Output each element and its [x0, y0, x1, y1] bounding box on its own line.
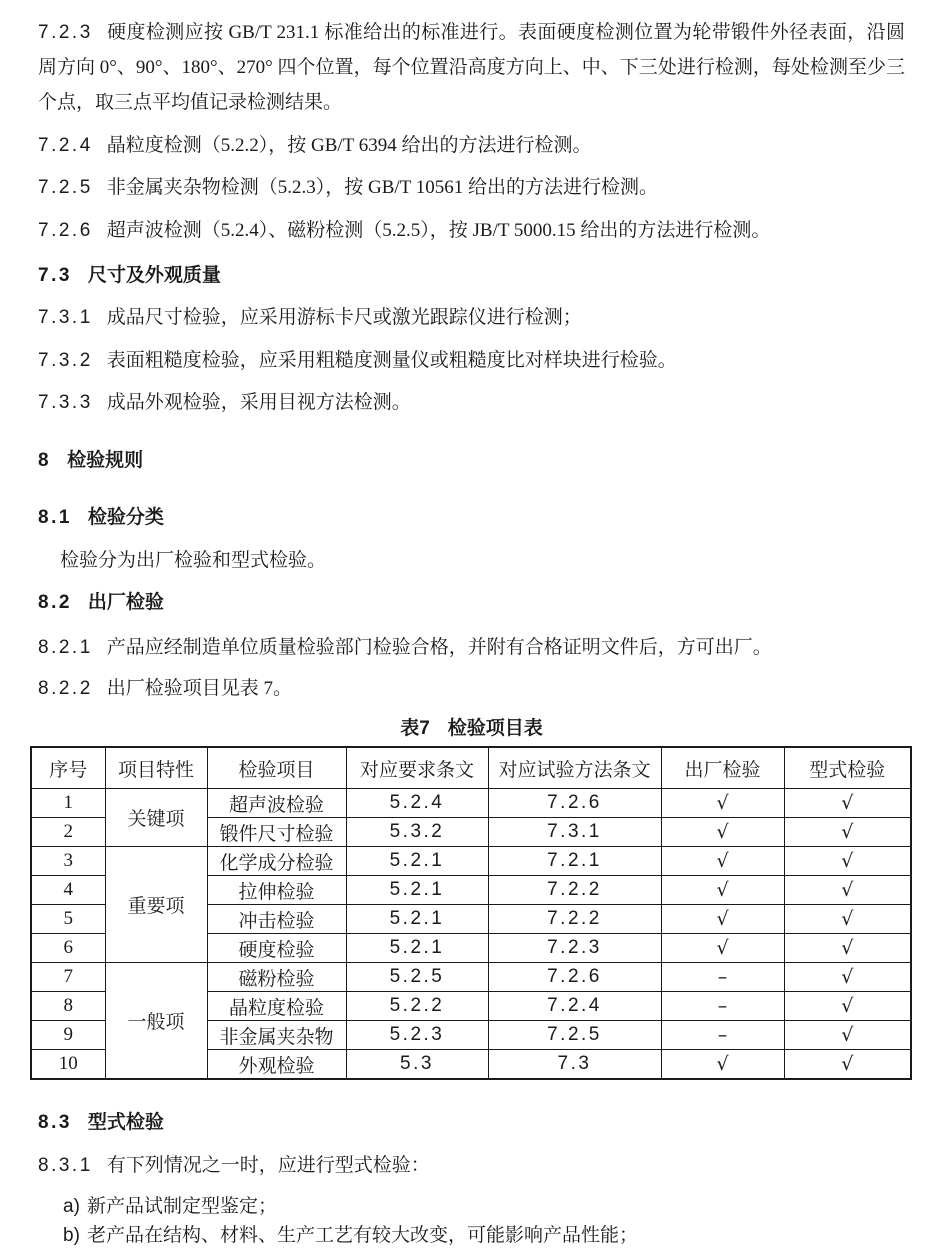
- clause-8-2-1: 8.2.1产品应经制造单位质量检验部门检验合格，并附有合格证明文件后，方可出厂。: [38, 630, 905, 665]
- clause-7-2-3: 7.2.3硬度检测应按 GB/T 231.1 标准给出的标准进行。表面硬度检测位…: [38, 15, 905, 120]
- cell-group-general-items: 一般项: [105, 963, 207, 1080]
- col-header-requirement-clause: 对应要求条文: [346, 747, 488, 789]
- table-row: 7 一般项 磁粉检验 5.2.5 7.2.6 – √: [31, 963, 911, 992]
- cell-method: 7.2.2: [488, 905, 661, 934]
- col-header-item: 检验项目: [207, 747, 346, 789]
- list-item-b: b)老产品在结构、材料、生产工艺有较大改变，可能影响产品性能；: [38, 1221, 905, 1250]
- cell-seq: 5: [31, 905, 105, 934]
- cell-seq: 6: [31, 934, 105, 963]
- cell-method: 7.2.5: [488, 1021, 661, 1050]
- cell-type-mark: √: [784, 876, 911, 905]
- cell-type-mark: √: [784, 1050, 911, 1080]
- cell-item: 超声波检验: [207, 789, 346, 818]
- clause-8-3-1-text: 有下列情况之一时，应进行型式检验：: [107, 1155, 430, 1176]
- heading-8-3-title: 型式检验: [88, 1112, 164, 1133]
- clause-7-3-1-text: 成品尺寸检验，应采用游标卡尺或激光跟踪仪进行检测；: [107, 307, 582, 328]
- cell-type-mark: √: [784, 1021, 911, 1050]
- cell-seq: 9: [31, 1021, 105, 1050]
- clause-8-2-1-number: 8.2.1: [38, 637, 93, 658]
- cell-item: 外观检验: [207, 1050, 346, 1080]
- cell-requirement: 5.3.2: [346, 818, 488, 847]
- cell-seq: 1: [31, 789, 105, 818]
- list-item-b-text: 老产品在结构、材料、生产工艺有较大改变，可能影响产品性能；: [87, 1225, 638, 1246]
- cell-type-mark: √: [784, 905, 911, 934]
- cell-requirement: 5.2.2: [346, 992, 488, 1021]
- cell-method: 7.2.2: [488, 876, 661, 905]
- clause-7-2-6-text: 超声波检测（5.2.4）、磁粉检测（5.2.5），按 JB/T 5000.15 …: [107, 220, 771, 241]
- clause-7-2-6: 7.2.6超声波检测（5.2.4）、磁粉检测（5.2.5），按 JB/T 500…: [38, 213, 905, 248]
- cell-factory-mark: √: [661, 934, 784, 963]
- cell-factory-mark: √: [661, 905, 784, 934]
- cell-factory-mark: √: [661, 789, 784, 818]
- clause-8-3-1-number: 8.3.1: [38, 1155, 93, 1176]
- heading-8: 8检验规则: [38, 443, 905, 478]
- table-caption-title: 检验项目表: [448, 718, 543, 739]
- heading-8-title: 检验规则: [67, 450, 143, 471]
- inspection-table-container: 序号 项目特性 检验项目 对应要求条文 对应试验方法条文 出厂检验 型式检验 1…: [30, 746, 905, 1080]
- clause-7-3-2-text: 表面粗糙度检验，应采用粗糙度测量仪或粗糙度比对样块进行检验。: [107, 350, 677, 371]
- cell-requirement: 5.2.4: [346, 789, 488, 818]
- inspection-items-table: 序号 项目特性 检验项目 对应要求条文 对应试验方法条文 出厂检验 型式检验 1…: [30, 746, 912, 1080]
- cell-item: 冲击检验: [207, 905, 346, 934]
- cell-method: 7.3.1: [488, 818, 661, 847]
- heading-8-number: 8: [38, 450, 51, 471]
- cell-item: 晶粒度检验: [207, 992, 346, 1021]
- clause-7-2-4-text: 晶粒度检测（5.2.2），按 GB/T 6394 给出的方法进行检测。: [107, 135, 592, 156]
- clause-7-3-1-number: 7.3.1: [38, 307, 93, 328]
- clause-8-2-2: 8.2.2出厂检验项目见表 7。: [38, 671, 905, 706]
- clause-7-3-3: 7.3.3成品外观检验，采用目视方法检测。: [38, 385, 905, 420]
- cell-method: 7.2.3: [488, 934, 661, 963]
- cell-seq: 10: [31, 1050, 105, 1080]
- paragraph-8-1-body: 检验分为出厂检验和型式检验。: [38, 543, 905, 578]
- cell-type-mark: √: [784, 963, 911, 992]
- cell-method: 7.2.6: [488, 789, 661, 818]
- heading-8-1-title: 检验分类: [88, 507, 164, 528]
- heading-8-2-number: 8.2: [38, 592, 72, 613]
- table-caption-label: 表7: [400, 718, 430, 739]
- cell-seq: 4: [31, 876, 105, 905]
- cell-type-mark: √: [784, 818, 911, 847]
- col-header-factory-inspection: 出厂检验: [661, 747, 784, 789]
- cell-type-mark: √: [784, 789, 911, 818]
- clause-8-2-2-text: 出厂检验项目见表 7。: [107, 678, 292, 699]
- list-item-b-label: b): [63, 1221, 87, 1250]
- cell-type-mark: √: [784, 847, 911, 876]
- clause-7-2-4-number: 7.2.4: [38, 135, 93, 156]
- cell-factory-mark: √: [661, 818, 784, 847]
- heading-7-3-title: 尺寸及外观质量: [88, 265, 221, 286]
- cell-factory-mark: –: [661, 992, 784, 1021]
- cell-item: 非金属夹杂物: [207, 1021, 346, 1050]
- col-header-category: 项目特性: [105, 747, 207, 789]
- clause-7-2-5-text: 非金属夹杂物检测（5.2.3），按 GB/T 10561 给出的方法进行检测。: [107, 177, 658, 198]
- clause-7-3-1: 7.3.1成品尺寸检验，应采用游标卡尺或激光跟踪仪进行检测；: [38, 300, 905, 335]
- paragraph-8-1-text: 检验分为出厂检验和型式检验。: [60, 550, 326, 571]
- heading-8-2: 8.2出厂检验: [38, 585, 905, 620]
- clause-7-2-4: 7.2.4晶粒度检测（5.2.2），按 GB/T 6394 给出的方法进行检测。: [38, 128, 905, 163]
- clause-7-3-3-number: 7.3.3: [38, 392, 93, 413]
- table-row: 3 重要项 化学成分检验 5.2.1 7.2.1 √ √: [31, 847, 911, 876]
- heading-7-3-number: 7.3: [38, 265, 72, 286]
- cell-requirement: 5.2.1: [346, 934, 488, 963]
- cell-factory-mark: √: [661, 1050, 784, 1080]
- cell-group-important-items: 重要项: [105, 847, 207, 963]
- cell-type-mark: √: [784, 934, 911, 963]
- cell-method: 7.2.1: [488, 847, 661, 876]
- clause-7-2-5-number: 7.2.5: [38, 177, 93, 198]
- list-item-a-label: a): [63, 1192, 87, 1221]
- clause-7-3-2: 7.3.2表面粗糙度检验，应采用粗糙度测量仪或粗糙度比对样块进行检验。: [38, 343, 905, 378]
- cell-factory-mark: √: [661, 847, 784, 876]
- cell-seq: 3: [31, 847, 105, 876]
- clause-7-3-2-number: 7.3.2: [38, 350, 93, 371]
- table-header-row: 序号 项目特性 检验项目 对应要求条文 对应试验方法条文 出厂检验 型式检验: [31, 747, 911, 789]
- heading-8-3-number: 8.3: [38, 1112, 72, 1133]
- table-row: 1 关键项 超声波检验 5.2.4 7.2.6 √ √: [31, 789, 911, 818]
- cell-requirement: 5.2.1: [346, 905, 488, 934]
- col-header-seq: 序号: [31, 747, 105, 789]
- clause-7-2-3-number: 7.2.3: [38, 22, 93, 43]
- cell-item: 磁粉检验: [207, 963, 346, 992]
- cell-seq: 7: [31, 963, 105, 992]
- list-item-a-text: 新产品试制定型鉴定；: [87, 1196, 277, 1217]
- heading-8-3: 8.3型式检验: [38, 1105, 905, 1140]
- heading-8-1: 8.1检验分类: [38, 500, 905, 535]
- document-page: 7.2.3硬度检测应按 GB/T 231.1 标准给出的标准进行。表面硬度检测位…: [0, 0, 941, 1250]
- cell-requirement: 5.2.3: [346, 1021, 488, 1050]
- cell-item: 锻件尺寸检验: [207, 818, 346, 847]
- heading-8-1-number: 8.1: [38, 507, 72, 528]
- clause-8-2-2-number: 8.2.2: [38, 678, 93, 699]
- cell-requirement: 5.2.1: [346, 876, 488, 905]
- cell-seq: 2: [31, 818, 105, 847]
- list-item-a: a)新产品试制定型鉴定；: [38, 1192, 905, 1221]
- cell-factory-mark: √: [661, 876, 784, 905]
- clause-8-2-1-text: 产品应经制造单位质量检验部门检验合格，并附有合格证明文件后，方可出厂。: [107, 637, 772, 658]
- clause-7-2-5: 7.2.5非金属夹杂物检测（5.2.3），按 GB/T 10561 给出的方法进…: [38, 170, 905, 205]
- cell-method: 7.2.4: [488, 992, 661, 1021]
- cell-factory-mark: –: [661, 1021, 784, 1050]
- cell-item: 硬度检验: [207, 934, 346, 963]
- clause-7-2-6-number: 7.2.6: [38, 220, 93, 241]
- clause-7-2-3-text: 硬度检测应按 GB/T 231.1 标准给出的标准进行。表面硬度检测位置为轮带锻…: [38, 22, 905, 113]
- cell-requirement: 5.2.1: [346, 847, 488, 876]
- cell-method: 7.3: [488, 1050, 661, 1080]
- cell-method: 7.2.6: [488, 963, 661, 992]
- cell-factory-mark: –: [661, 963, 784, 992]
- cell-group-key-items: 关键项: [105, 789, 207, 847]
- cell-seq: 8: [31, 992, 105, 1021]
- clause-8-3-1: 8.3.1有下列情况之一时，应进行型式检验：: [38, 1148, 905, 1183]
- heading-7-3: 7.3尺寸及外观质量: [38, 258, 905, 293]
- col-header-method-clause: 对应试验方法条文: [488, 747, 661, 789]
- table-caption: 表7检验项目表: [38, 712, 905, 745]
- cell-requirement: 5.3: [346, 1050, 488, 1080]
- cell-requirement: 5.2.5: [346, 963, 488, 992]
- clause-7-3-3-text: 成品外观检验，采用目视方法检测。: [107, 392, 411, 413]
- cell-type-mark: √: [784, 992, 911, 1021]
- cell-item: 拉伸检验: [207, 876, 346, 905]
- heading-8-2-title: 出厂检验: [88, 592, 164, 613]
- cell-item: 化学成分检验: [207, 847, 346, 876]
- col-header-type-inspection: 型式检验: [784, 747, 911, 789]
